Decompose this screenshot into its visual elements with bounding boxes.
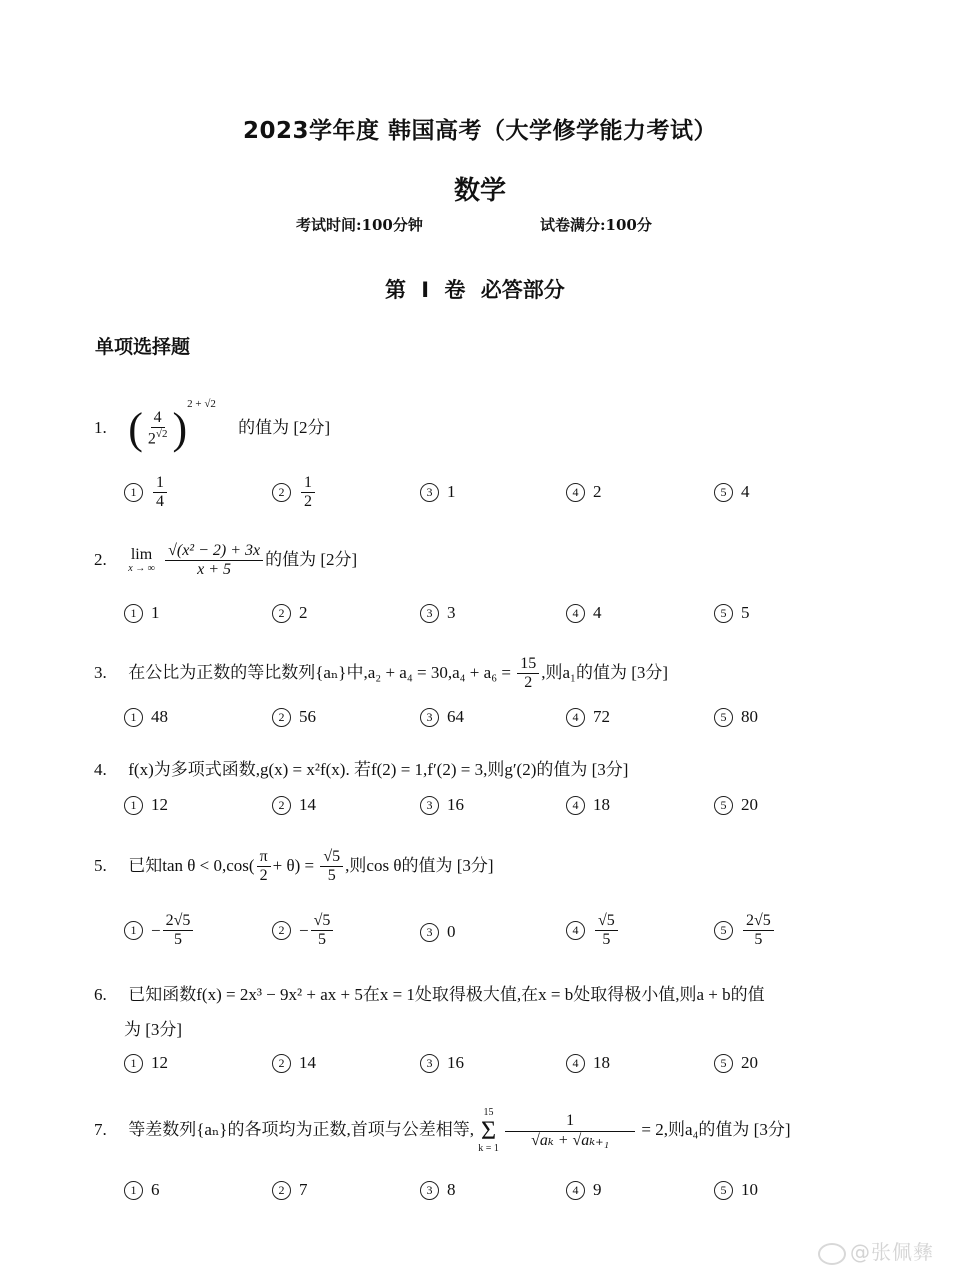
option-mark: 2: [272, 483, 291, 502]
question-number: 4.: [94, 760, 124, 780]
question-6-line2: 为 [3分]: [124, 1020, 182, 1040]
option[interactable]: 16: [124, 1180, 160, 1200]
question-number: 5.: [94, 856, 124, 876]
option[interactable]: 33: [420, 603, 456, 623]
option[interactable]: 49: [566, 1180, 602, 1200]
limit: limx → ∞: [128, 547, 155, 575]
option-mark: 2: [272, 921, 291, 940]
question-6: 6. 已知函数f(x) = 2x³ − 9x² + ax + 5在x = 1处取…: [94, 985, 765, 1005]
option-mark: 4: [566, 708, 585, 727]
exam-time: 考试时间:100分钟: [296, 214, 423, 235]
option[interactable]: 42: [566, 482, 602, 502]
option[interactable]: 418: [566, 795, 610, 815]
option-value: 14: [299, 795, 316, 815]
option-mark: 2: [272, 796, 291, 815]
option-value: 0: [447, 922, 456, 942]
question-2: 2. limx → ∞ √(x² − 2) + 3xx + 5的值为 [2分]: [94, 542, 357, 580]
option-value: 7: [299, 1180, 308, 1200]
q2-options: 11 22 33 44 55: [124, 603, 824, 633]
option-mark: 4: [566, 1181, 585, 1200]
option[interactable]: 214: [272, 795, 316, 815]
option[interactable]: 52√55: [714, 912, 776, 950]
option-mark: 5: [714, 796, 733, 815]
option[interactable]: 214: [272, 1053, 316, 1073]
question-4: 4. f(x)为多项式函数,g(x) = x²f(x). 若f(2) = 1,f…: [94, 760, 628, 780]
option-value: 9: [593, 1180, 602, 1200]
option[interactable]: 256: [272, 707, 316, 727]
q2-fraction: √(x² − 2) + 3xx + 5: [165, 542, 263, 580]
watermark: @张佩彝: [818, 1236, 934, 1265]
option-value: 16: [447, 795, 464, 815]
q1-fraction: 42√2: [145, 409, 171, 449]
option-mark: 3: [420, 604, 439, 623]
option-mark: 3: [420, 796, 439, 815]
option-mark: 3: [420, 708, 439, 727]
option-value: 16: [447, 1053, 464, 1073]
option-mark: 4: [566, 483, 585, 502]
q1-options: 114 212 31 42 54: [124, 474, 824, 504]
subject-title: 数学: [0, 170, 960, 207]
option-value: 4: [593, 603, 602, 623]
option-value: 8: [447, 1180, 456, 1200]
option[interactable]: 4√55: [566, 912, 620, 950]
option-mark: 3: [420, 1181, 439, 1200]
option-mark: 3: [420, 483, 439, 502]
option-value: 64: [447, 707, 464, 727]
option[interactable]: 212: [272, 474, 317, 512]
option-value: 56: [299, 707, 316, 727]
q3-options: 148 256 364 472 580: [124, 707, 824, 737]
option[interactable]: 112: [124, 1053, 168, 1073]
option-mark: 4: [566, 796, 585, 815]
summation: 15Σk = 1: [478, 1108, 499, 1154]
question-stem: 的值为 [2分]: [265, 550, 357, 569]
question-stem-mid: + θ) =: [273, 856, 314, 875]
option-value: 6: [151, 1180, 160, 1200]
option-value: 14: [299, 1053, 316, 1073]
option-value: 12: [151, 1053, 168, 1073]
option-value: 2: [593, 482, 602, 502]
q5-rhs: √55: [320, 848, 343, 886]
watermark-text: @张佩彝: [850, 1240, 934, 1264]
option[interactable]: 520: [714, 795, 758, 815]
option-value: 20: [741, 1053, 758, 1073]
option[interactable]: 520: [714, 1053, 758, 1073]
question-number: 1.: [94, 418, 124, 438]
option-mark: 5: [714, 708, 733, 727]
question-number: 2.: [94, 550, 124, 570]
option[interactable]: 316: [420, 1053, 464, 1073]
option-mark: 1: [124, 796, 143, 815]
option-mark: 1: [124, 921, 143, 940]
question-stem: 已知函数f(x) = 2x³ − 9x² + ax + 5在x = 1处取得极大…: [128, 985, 764, 1004]
question-stem-end: ,则a₁的值为 [3分]: [541, 663, 668, 682]
option-mark: 5: [714, 921, 733, 940]
option-value: 20: [741, 795, 758, 815]
option-mark: 1: [124, 604, 143, 623]
option[interactable]: 38: [420, 1180, 456, 1200]
option-value: 80: [741, 707, 758, 727]
option[interactable]: 2−√55: [272, 912, 335, 950]
question-stem-end: ,则cos θ的值为 [3分]: [345, 856, 493, 875]
part-heading: 第 Ⅰ 卷 必答部分: [385, 274, 565, 304]
question-stem: 的值为 [2分]: [238, 418, 330, 437]
option[interactable]: 22: [272, 603, 308, 623]
option-value: 2: [299, 603, 308, 623]
option[interactable]: 55: [714, 603, 750, 623]
q6-options: 112 214 316 418 520: [124, 1053, 824, 1083]
option-mark: 5: [714, 604, 733, 623]
q1-exponent: 2 + √2: [187, 398, 216, 410]
option[interactable]: 148: [124, 707, 168, 727]
question-stem: 已知tan θ < 0,cos(: [128, 856, 254, 875]
option-mark: 3: [420, 923, 439, 942]
option-value: 12: [151, 795, 168, 815]
full-score: 试卷满分:100分: [540, 214, 652, 235]
option[interactable]: 112: [124, 795, 168, 815]
option[interactable]: 418: [566, 1053, 610, 1073]
option-mark: 1: [124, 708, 143, 727]
option-mark: 5: [714, 483, 733, 502]
option-value: 48: [151, 707, 168, 727]
question-stem: 等差数列{aₙ}的各项均为正数,首项与公差相等,: [128, 1120, 474, 1139]
option[interactable]: 54: [714, 482, 750, 502]
exam-title: 2023学年度 韩国高考（大学修学能力考试）: [0, 112, 960, 145]
question-stem-end: = 2,则a₄的值为 [3分]: [641, 1120, 790, 1139]
option[interactable]: 472: [566, 707, 610, 727]
q5-options: 1−2√55 2−√55 30 4√55 52√55: [124, 912, 824, 942]
option[interactable]: 510: [714, 1180, 758, 1200]
option-value: 18: [593, 1053, 610, 1073]
option-value: 18: [593, 795, 610, 815]
q7-fraction: 1√aₖ + √aₖ₊₁: [505, 1112, 635, 1150]
option-value: 1: [447, 482, 456, 502]
option[interactable]: 580: [714, 707, 758, 727]
question-stem: f(x)为多项式函数,g(x) = x²f(x). 若f(2) = 1,f′(2…: [128, 760, 628, 779]
option-mark: 4: [566, 604, 585, 623]
option[interactable]: 1−2√55: [124, 912, 195, 950]
pi-over-2: π2: [257, 848, 271, 886]
question-5: 5. 已知tan θ < 0,cos(π2+ θ) = √55,则cos θ的值…: [94, 848, 494, 886]
option[interactable]: 11: [124, 603, 160, 623]
option[interactable]: 44: [566, 603, 602, 623]
option[interactable]: 30: [420, 922, 456, 942]
option-mark: 5: [714, 1054, 733, 1073]
option-mark: 4: [566, 921, 585, 940]
question-stem: 在公比为正数的等比数列{aₙ}中,a₂ + a₄ = 30,a₄ + a₆ =: [128, 663, 511, 682]
option-mark: 2: [272, 708, 291, 727]
option-value: 5: [741, 603, 750, 623]
option-mark: 1: [124, 1054, 143, 1073]
q7-options: 16 27 38 49 510: [124, 1180, 824, 1210]
option-mark: 2: [272, 1181, 291, 1200]
question-7: 7. 等差数列{aₙ}的各项均为正数,首项与公差相等, 15Σk = 1 1√a…: [94, 1108, 791, 1154]
option-mark: 3: [420, 1054, 439, 1073]
q3-fraction: 152: [517, 655, 539, 693]
question-1: 1. (42√2)2 + √2 的值为 [2分]: [94, 398, 330, 451]
option-mark: 1: [124, 1181, 143, 1200]
option-value: 72: [593, 707, 610, 727]
option-value: 4: [741, 482, 750, 502]
exam-page: 2023学年度 韩国高考（大学修学能力考试） 数学 考试时间:100分钟 试卷满…: [0, 0, 960, 1274]
question-number: 6.: [94, 985, 124, 1005]
section-heading: 单项选择题: [95, 332, 190, 359]
option-mark: 2: [272, 1054, 291, 1073]
option[interactable]: 316: [420, 795, 464, 815]
option[interactable]: 27: [272, 1180, 308, 1200]
option-value: 1: [151, 603, 160, 623]
option-mark: 5: [714, 1181, 733, 1200]
option-mark: 1: [124, 483, 143, 502]
option[interactable]: 114: [124, 474, 169, 512]
option-mark: 4: [566, 1054, 585, 1073]
question-number: 7.: [94, 1120, 124, 1140]
option[interactable]: 31: [420, 482, 456, 502]
question-number: 3.: [94, 663, 124, 683]
option-mark: 2: [272, 604, 291, 623]
option-value: 10: [741, 1180, 758, 1200]
weibo-logo-icon: [818, 1243, 846, 1265]
question-3: 3. 在公比为正数的等比数列{aₙ}中,a₂ + a₄ = 30,a₄ + a₆…: [94, 655, 668, 693]
option-value: 3: [447, 603, 456, 623]
option[interactable]: 364: [420, 707, 464, 727]
q4-options: 112 214 316 418 520: [124, 795, 824, 825]
